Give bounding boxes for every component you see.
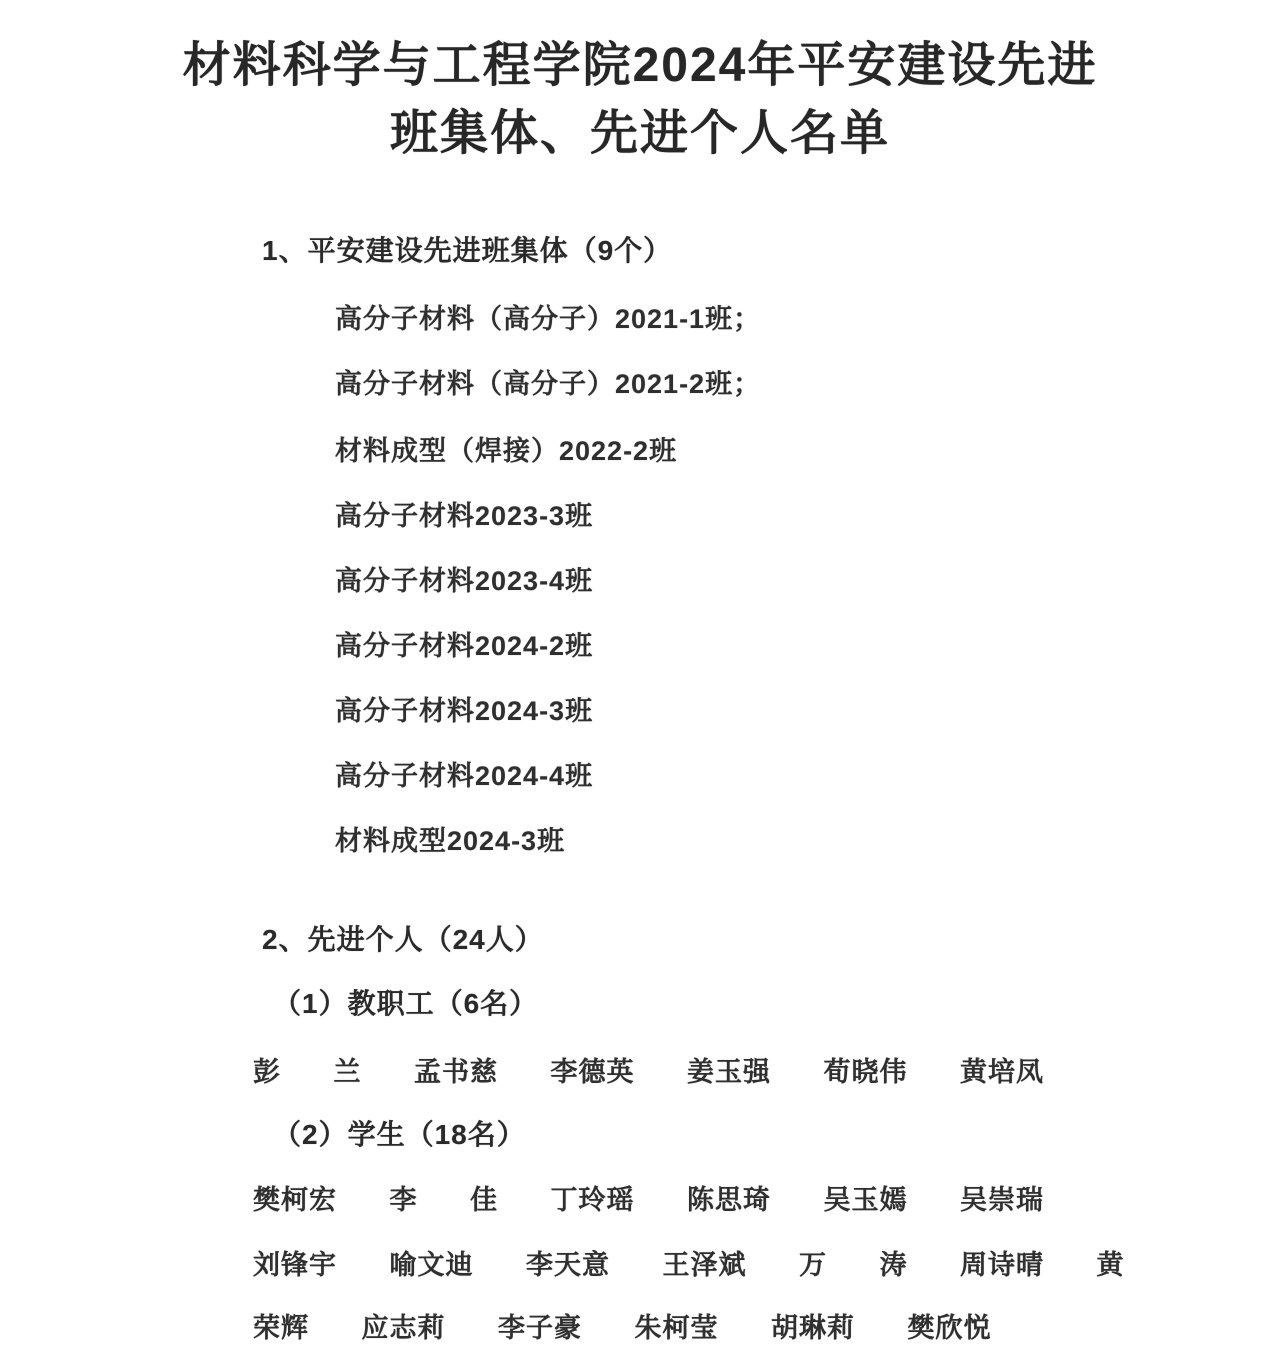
student-names-line-3: 荣辉 应志莉 李子豪 朱柯莹 胡琳莉 樊欣悦 <box>253 1306 992 1345</box>
class-list-item: 材料成型2024-3班 <box>335 819 565 858</box>
class-list-item: 高分子材料2024-4班 <box>335 754 593 793</box>
section-individuals-heading: 2、先进个人（24人） <box>262 918 544 958</box>
students-subsection-heading: （2）学生（18名） <box>273 1113 526 1153</box>
class-list-item: 材料成型（焊接）2022-2班 <box>335 429 677 468</box>
class-list-item: 高分子材料2024-2班 <box>335 624 593 663</box>
award-document: 材料科学与工程学院2024年平安建设先进 班集体、先进个人名单 1、平安建设先进… <box>0 0 1280 1364</box>
class-list-item: 高分子材料（高分子）2021-2班； <box>335 362 761 401</box>
student-names-line-2: 刘锋宇 喻文迪 李天意 王泽斌 万 涛 周诗晴 黄 <box>253 1243 1125 1282</box>
section-collectives-heading: 1、平安建设先进班集体（9个） <box>262 229 672 269</box>
student-names-line-1: 樊柯宏 李 佳 丁玲瑶 陈思琦 吴玉嫣 吴崇瑞 <box>253 1178 1044 1217</box>
class-list-item: 高分子材料2023-3班 <box>335 494 593 533</box>
class-list-item: 高分子材料（高分子）2021-1班； <box>335 297 761 336</box>
class-list-item: 高分子材料2024-3班 <box>335 689 593 728</box>
staff-subsection-heading: （1）教职工（6名） <box>273 982 538 1022</box>
document-title-line-2: 班集体、先进个人名单 <box>0 94 1280 163</box>
document-title-line-1: 材料科学与工程学院2024年平安建设先进 <box>0 26 1280 95</box>
class-list-item: 高分子材料2023-4班 <box>335 559 593 598</box>
staff-names-line: 彭 兰 孟书慈 李德英 姜玉强 荀晓伟 黄培凤 <box>253 1050 1044 1089</box>
